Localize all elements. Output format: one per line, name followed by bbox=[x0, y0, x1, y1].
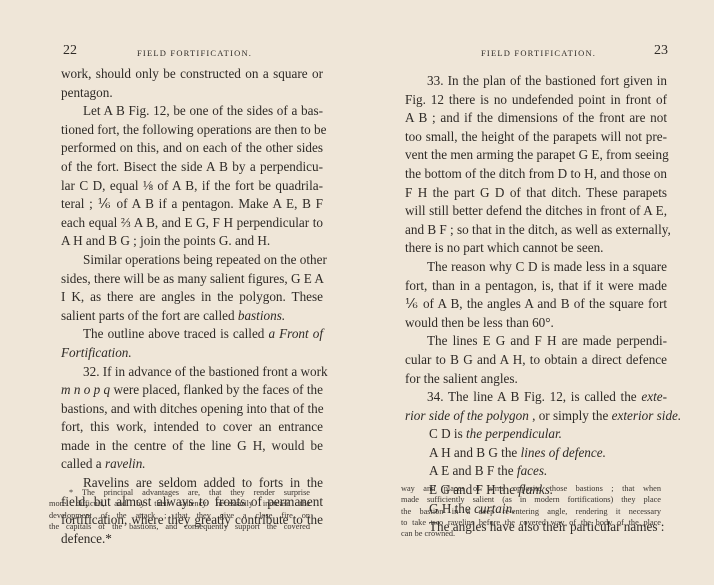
text-line: A H and B G the lines of defence. bbox=[405, 444, 667, 463]
body-text: 33. In the plan of the bastioned fort gi… bbox=[405, 72, 667, 537]
text-line: too small, the height of the parapets wi… bbox=[405, 128, 667, 147]
running-head: FIELD FORTIFICATION. bbox=[481, 48, 596, 58]
text-line: tioned fort, the following operations ar… bbox=[61, 121, 323, 140]
text-line: fort, than in a pentagon, is, that if it… bbox=[405, 277, 667, 296]
text-line: sides, there will be as many salient fig… bbox=[61, 270, 323, 289]
text-line: I K, as there are angles in the polygon.… bbox=[61, 288, 323, 307]
text-line: work, should only be constructed on a sq… bbox=[61, 65, 323, 84]
text-line: each equal ⅔ A B, and E G, F H perpendic… bbox=[61, 214, 323, 233]
text-line: * The principal advantages are, that the… bbox=[49, 487, 310, 498]
text-line: fort, this work, intended to cover an en… bbox=[61, 418, 323, 437]
text-line: pentagon. bbox=[61, 84, 323, 103]
text-line: of the fort. Bisect the side A B by a pe… bbox=[61, 158, 323, 177]
text-line: A H and B G ; join the points G. and H. bbox=[61, 232, 323, 251]
text-line: The reason why C D is made less in a squ… bbox=[405, 258, 667, 277]
text-line: development of the attack ; that they gi… bbox=[49, 510, 310, 521]
text-line: will still better defend the ditches in … bbox=[405, 202, 667, 221]
text-line: Similar operations being repeated on the… bbox=[61, 251, 323, 270]
text-line: the bastion in a deep re-entering angle,… bbox=[401, 506, 661, 517]
body-text: work, should only be constructed on a sq… bbox=[61, 65, 323, 548]
text-line: called a ravelin. bbox=[61, 455, 323, 474]
text-line: Let A B Fig. 12, be one of the sides of … bbox=[61, 102, 323, 121]
text-line: cular to B G and A H, to obtain a direct… bbox=[405, 351, 667, 370]
text-line: way and places of arms opposite those ba… bbox=[401, 483, 661, 494]
text-line: A B ; and if the dimensions of the front… bbox=[405, 109, 667, 128]
running-head: FIELD FORTIFICATION. bbox=[137, 48, 252, 58]
text-line: 32. If in advance of the bastioned front… bbox=[61, 363, 323, 382]
left-page: 22 FIELD FORTIFICATION. work, should onl… bbox=[0, 0, 357, 585]
text-line: lar C D, equal ⅛ of A B, if the fort be … bbox=[61, 177, 323, 196]
text-line: bastions, and with ditches opening into … bbox=[61, 400, 323, 419]
page-number: 23 bbox=[654, 43, 668, 59]
text-line: Fortification. bbox=[61, 344, 323, 363]
text-line: performed on this, and on each of the ot… bbox=[61, 139, 323, 158]
text-line: for the salient angles. bbox=[405, 370, 667, 389]
footnote: * The principal advantages are, that the… bbox=[49, 487, 310, 532]
text-line: 33. In the plan of the bastioned fort gi… bbox=[405, 72, 667, 91]
text-line: rior side of the polygon , or simply the… bbox=[405, 407, 667, 426]
text-line: The outline above traced is called a Fro… bbox=[61, 325, 323, 344]
text-line: there is no part which cannot be seen. bbox=[405, 239, 667, 258]
text-line: F H the part G D of that ditch. These pa… bbox=[405, 184, 667, 203]
text-line: defence.* bbox=[61, 530, 323, 549]
text-line: can be crowned. bbox=[401, 528, 661, 539]
book-spread: 22 FIELD FORTIFICATION. work, should onl… bbox=[0, 0, 714, 585]
text-line: The lines E G and F H are made perpendi- bbox=[405, 332, 667, 351]
text-line: and B F ; so that in the ditch, as well … bbox=[405, 221, 667, 240]
text-line: made sufficiently salient (as in modern … bbox=[401, 494, 661, 505]
text-line: vent the men arming the parapet G E, fro… bbox=[405, 146, 667, 165]
text-line: 34. The line A B Fig. 12, is called the … bbox=[405, 388, 667, 407]
text-line: salient parts of the fort are called bas… bbox=[61, 307, 323, 326]
text-line: more difficult, and by their saliency ne… bbox=[49, 498, 310, 509]
right-page: FIELD FORTIFICATION. 23 33. In the plan … bbox=[357, 0, 714, 585]
text-line: A E and B F the faces. bbox=[405, 462, 667, 481]
text-line: Fig. 12 there is no undefended point in … bbox=[405, 91, 667, 110]
text-line: made in the centre of the line G H, woul… bbox=[61, 437, 323, 456]
text-line: to take two ravelins before the covered … bbox=[401, 517, 661, 528]
footnote: way and places of arms opposite those ba… bbox=[401, 483, 661, 539]
text-line: would then be less than 60°. bbox=[405, 314, 667, 333]
text-line: teral ; ⅙ of A B if a pentagon. Make A E… bbox=[61, 195, 323, 214]
text-line: the bottom of the ditch from D to H, and… bbox=[405, 165, 667, 184]
page-number: 22 bbox=[63, 43, 77, 59]
text-line: m n o p q were placed, flanked by the fa… bbox=[61, 381, 323, 400]
text-line: the capitals of the bastions, and conseq… bbox=[49, 521, 310, 532]
text-line: C D is the perpendicular. bbox=[405, 425, 667, 444]
text-line: ⅙ of A B, the angles A and B of the squa… bbox=[405, 295, 667, 314]
